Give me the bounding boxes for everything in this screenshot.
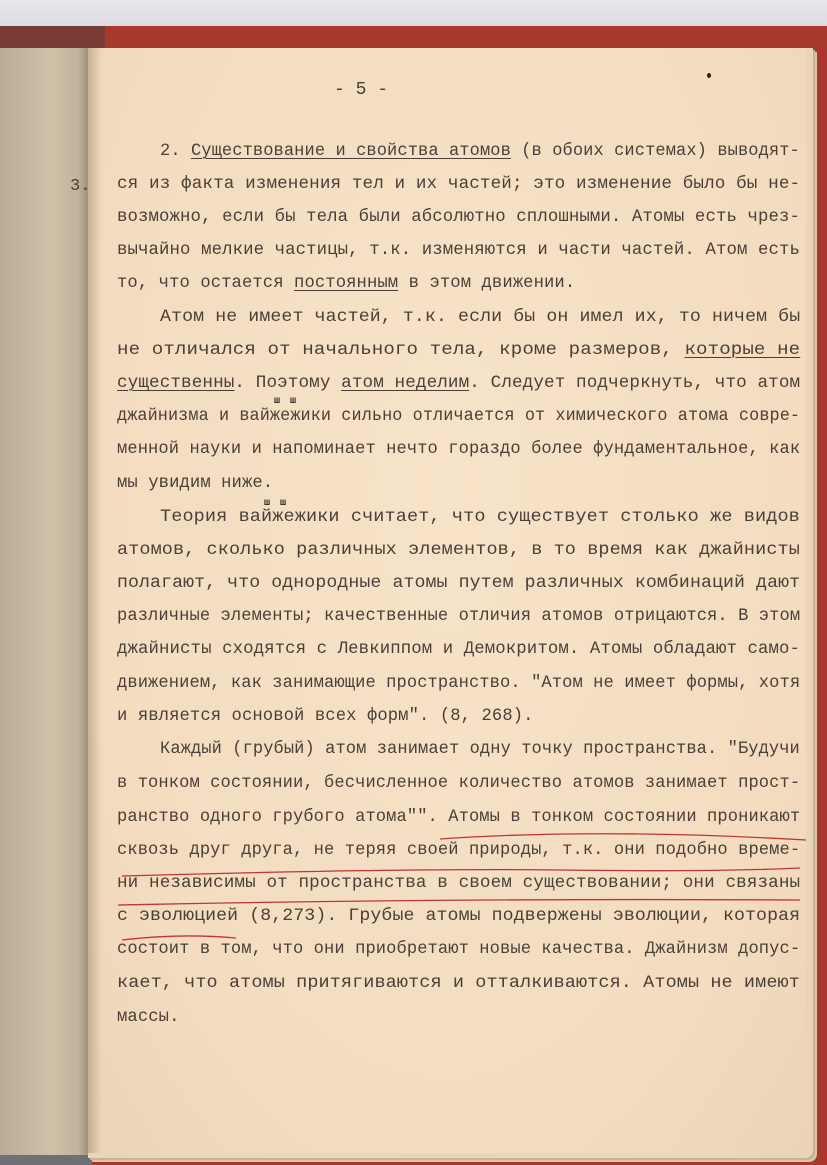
text-line: движением, как занимающие пространство. … [117,674,800,694]
underlined-phrase: атом неделим [341,374,469,393]
text-line: сквозь друг друга, не теряя своей природ… [117,841,800,861]
text-line: возможно, если бы тела были абсолютно сп… [117,208,800,228]
gutter-shadow [88,48,102,1153]
text-line: массы. [117,1008,180,1028]
text-line: атомов, сколько различных элементов, в т… [117,541,800,561]
text-line: в тонком состоянии, бесчисленное количес… [117,774,800,794]
ink-spot [707,73,711,78]
left-page [0,48,92,1165]
margin-annotation: 3. [70,177,90,196]
correction-mark: ш [264,498,270,509]
text-line: 2. Существование и свойства атомов (в об… [160,142,800,162]
text-line: мы увидим ниже. [117,474,273,494]
correction-mark: ш [290,396,296,407]
text-line: ранство одного грубого атома"". Атомы в … [117,808,800,828]
text-line: ни независимы от пространства в своем су… [117,874,800,894]
underlined-phrase: постоянным [294,274,398,293]
text-line: различные элементы; качественные отличия… [117,607,800,627]
underlined-phrase: существенны [117,374,234,393]
text-line: не отличался от начального тела, кроме р… [117,341,800,361]
text-line: вычайно мелкие частицы, т.к. изменяются … [117,241,800,261]
underlined-phrase: которые не [684,341,800,360]
text-line: ся из факта изменения тел и их частей; э… [117,175,800,195]
text-line: и является основой всех форм". (8, 268). [117,707,534,727]
correction-mark: ш [274,396,280,407]
text-line: то, что остается постоянным в этом движе… [117,274,575,294]
text-line: менной науки и напоминает нечто гораздо … [117,440,800,460]
text-line: кает, что атомы притягиваются и отталкив… [117,974,800,994]
left-page-edge [0,1155,92,1165]
text-line: полагают, что однородные атомы путем раз… [117,574,800,594]
text-line: с эволюцией (8,273). Грубые атомы подвер… [117,907,800,927]
text-line: состоит в том, что они приобретают новые… [117,940,800,960]
text-line: существенны. Поэтому атом неделим. Следу… [117,374,800,394]
correction-mark: ш [280,498,286,509]
text-line: Каждый (грубый) атом занимает одну точку… [160,740,800,760]
text-line: Атом не имеет частей, т.к. если бы он им… [160,308,800,328]
background-top [0,0,827,28]
page-number: - 5 - [334,80,388,100]
text-line: джайнизма и вайжежики сильно отличается … [117,407,800,427]
text-line: Теория вайжежики считает, что существует… [160,508,800,528]
text-line: джайнисты сходятся с Левкиппом и Демокри… [117,640,800,660]
underlined-phrase: Существование и свойства атомов [191,142,511,161]
